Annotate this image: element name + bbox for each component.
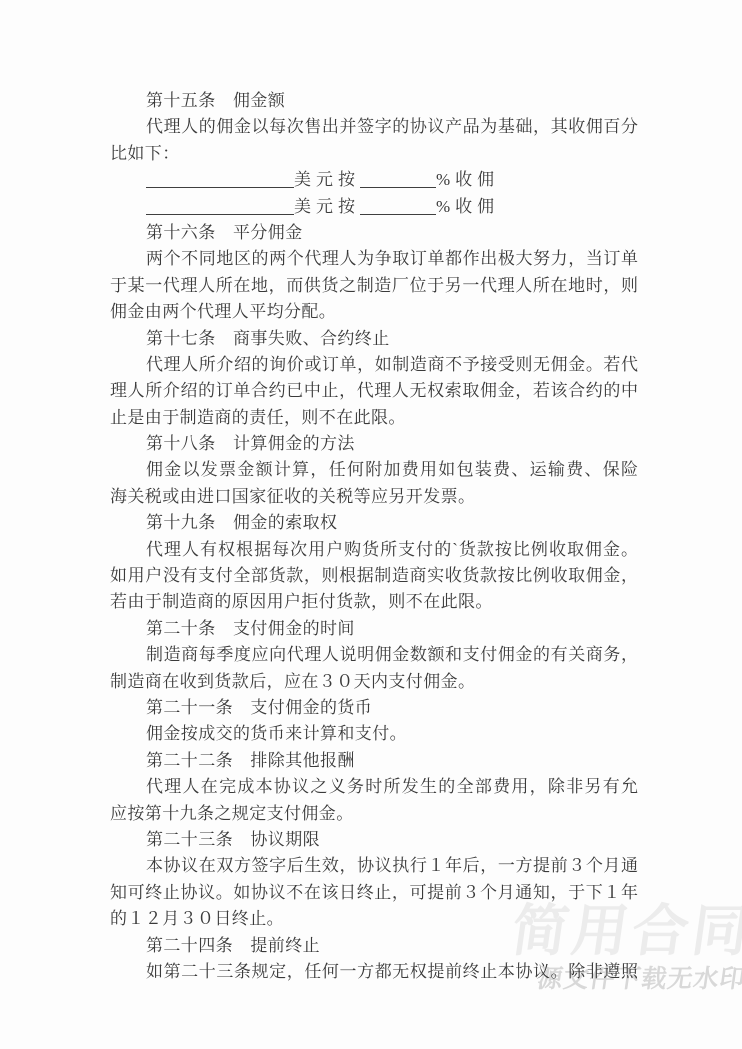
text-line: 理人所介绍的订单合约已中止，代理人无权索取佣金，若该合约的中 [110, 378, 638, 404]
text-line: 应按第十九条之规定支付佣金。 [110, 801, 638, 827]
fill-line-text: %收佣 [436, 197, 499, 216]
contract-page: 简用合同 源文件下载无水印 第十五条 佣金额代理人的佣金以每次售出并签字的协议产… [0, 0, 742, 1049]
text-line: 如用户没有支付全部货款，则根据制造商实收货款按比例收取佣金， [110, 563, 638, 589]
text-line: 第二十一条 支付佣金的货币 [110, 695, 638, 721]
text-line: 两个不同地区的两个代理人为争取订单都作出极大努力，当订单 [110, 246, 638, 272]
text-line: 第二十二条 排除其他报酬 [110, 748, 638, 774]
blank-underline [360, 198, 436, 215]
fill-line-text: %收佣 [436, 170, 499, 189]
blank-fill-line: 美元按%收佣 [110, 194, 638, 220]
text-line: 如第二十三条规定，任何一方都无权提前终止本协议。除非遵照 [110, 959, 638, 985]
text-line: 代理人在完成本协议之义务时所发生的全部费用，除非另有允诺， [110, 774, 638, 800]
text-line: 佣金以发票金额计算，任何附加费用如包装费、运输费、保险费、 [110, 457, 638, 483]
text-line: 第二十四条 提前终止 [110, 933, 638, 959]
text-line: 的１２月３０日终止。 [110, 906, 638, 932]
text-line: 佣金由两个代理人平均分配。 [110, 299, 638, 325]
text-line: 代理人的佣金以每次售出并签字的协议产品为基础，其收佣百分 [110, 114, 638, 140]
text-line: 本协议在双方签字后生效，协议执行１年后，一方提前３个月通 [110, 853, 638, 879]
text-line: 知可终止协议。如协议不在该日终止，可提前３个月通知，于下１年 [110, 880, 638, 906]
text-line: 止是由于制造商的责任，则不在此限。 [110, 405, 638, 431]
text-line: 代理人所介绍的询价或订单，如制造商不予接受则无佣金。若代 [110, 352, 638, 378]
text-line: 第二十条 支付佣金的时间 [110, 616, 638, 642]
text-line: 制造商每季度应向代理人说明佣金数额和支付佣金的有关商务， [110, 642, 638, 668]
document-lines: 第十五条 佣金额代理人的佣金以每次售出并签字的协议产品为基础，其收佣百分比如下：… [110, 88, 638, 985]
text-line: 制造商在收到货款后，应在３０天内支付佣金。 [110, 669, 638, 695]
fill-line-text: 美元按 [294, 197, 360, 216]
text-line: 第十七条 商事失败、合约终止 [110, 326, 638, 352]
text-line: 第二十三条 协议期限 [110, 827, 638, 853]
text-line: 海关税或由进口国家征收的关税等应另开发票。 [110, 484, 638, 510]
text-line: 第十六条 平分佣金 [110, 220, 638, 246]
text-line: 第十九条 佣金的索取权 [110, 510, 638, 536]
fill-line-text: 美元按 [294, 170, 360, 189]
text-line: 第十八条 计算佣金的方法 [110, 431, 638, 457]
text-line: 比如下： [110, 141, 638, 167]
text-line: 佣金按成交的货币来计算和支付。 [110, 721, 638, 747]
text-line: 第十五条 佣金额 [110, 88, 638, 114]
blank-underline [146, 198, 294, 215]
text-line: 于某一代理人所在地，而供货之制造厂位于另一代理人所在地时，则 [110, 273, 638, 299]
blank-fill-line: 美元按%收佣 [110, 167, 638, 193]
blank-underline [146, 171, 294, 188]
text-line: 若由于制造商的原因用户拒付货款，则不在此限。 [110, 589, 638, 615]
text-line: 代理人有权根据每次用户购货所支付的`货款按比例收取佣金。 [110, 537, 638, 563]
blank-underline [360, 171, 436, 188]
